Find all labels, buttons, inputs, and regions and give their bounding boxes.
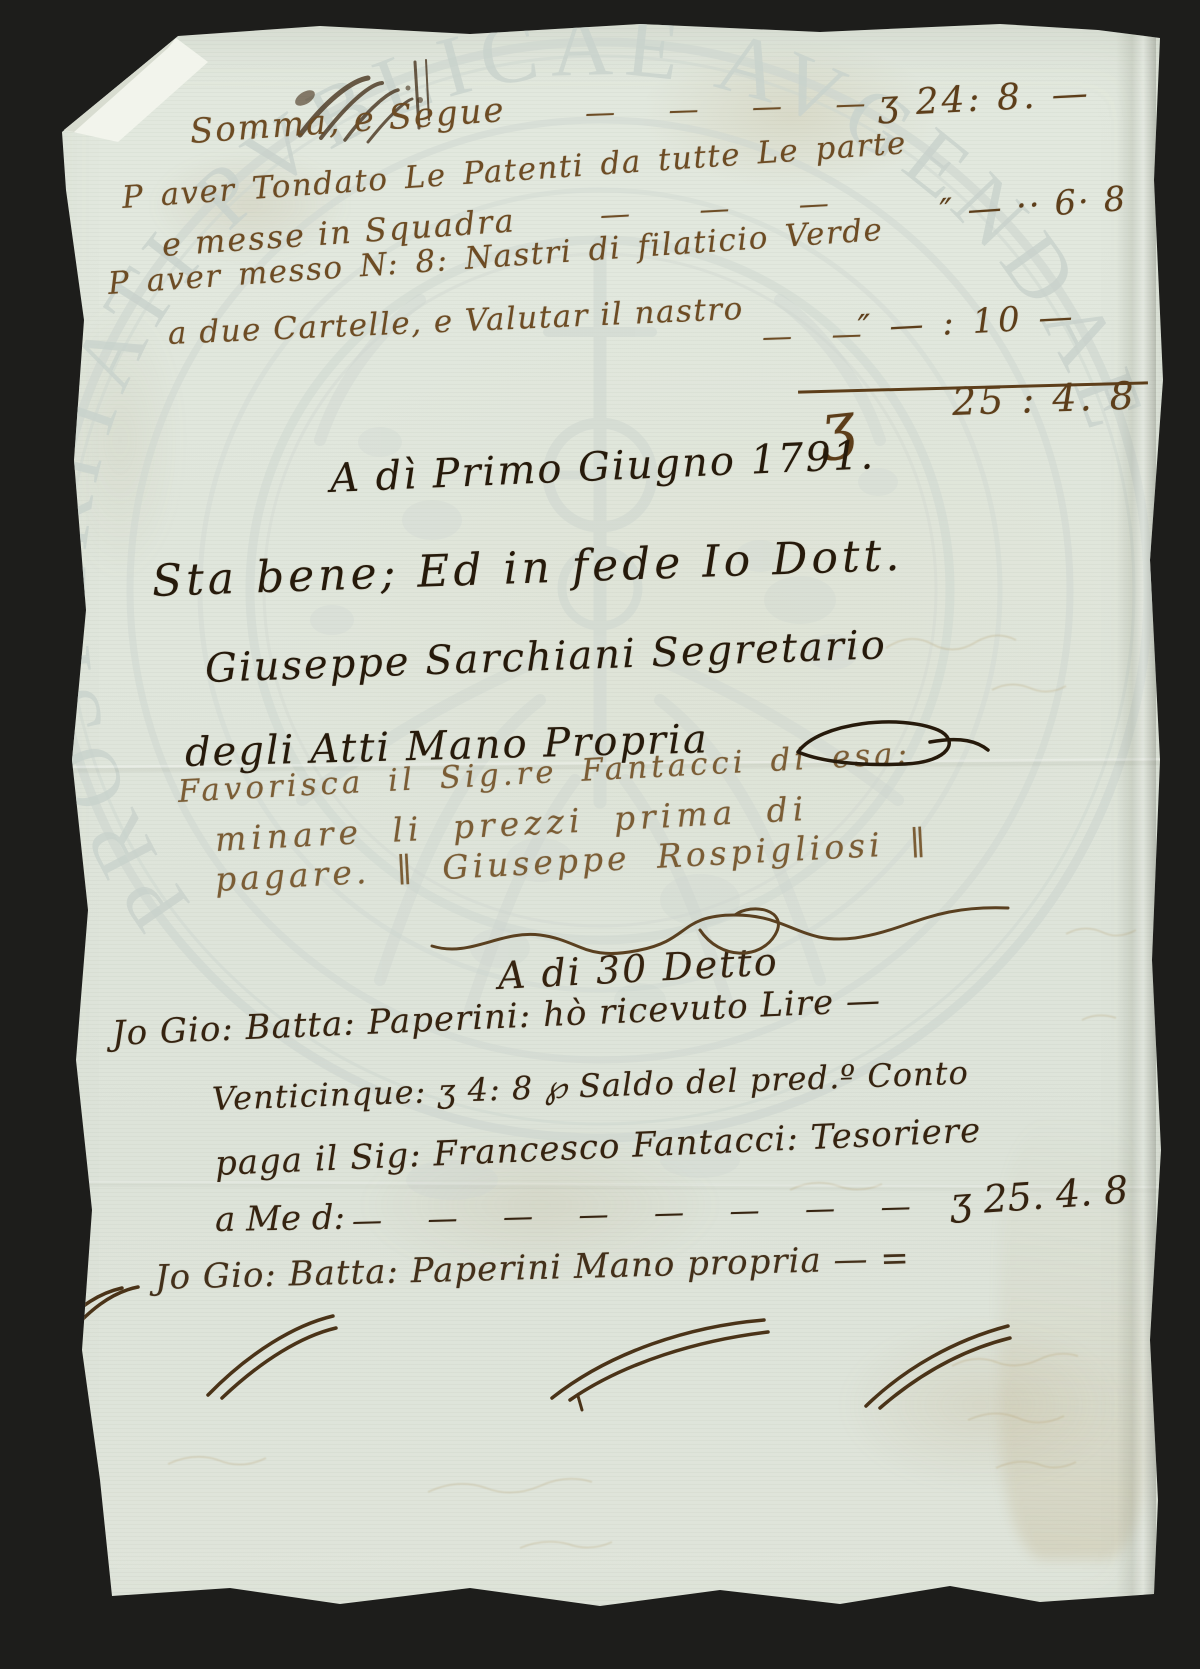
carry-forward-dashes: — — — — [584, 86, 866, 131]
item1-amount: ″ — ·· 6· 8 [939, 179, 1129, 232]
receipt-line2: Venticinque: ʒ 4: 8 ℘ Saldo del pred.º C… [211, 1054, 969, 1118]
attestation-line1: Sta bene; Ed in fede Io Dott. [151, 530, 904, 607]
receipt-line3: paga il Sig: Francesco Fantacci: Tesorie… [214, 1111, 982, 1184]
receipt-paid-amount: ʒ 25. 4. 8 [948, 1168, 1129, 1224]
torn-corner-flap [0, 0, 240, 170]
receipt-paid-dashes: — — — — — — — — [352, 1189, 911, 1239]
right-edge-fold [1116, 0, 1156, 1669]
attestation-line2: Giuseppe Sarchiani Segretario [204, 622, 887, 692]
receipt-line1: Jo Gio: Batta: Paperini: hò ricevuto Lir… [111, 980, 882, 1054]
stray-pen-mark-icon [578, 1396, 582, 1410]
paper-stain [60, 300, 180, 580]
total-amount: 25 : 4. 8 [951, 374, 1137, 424]
paper-stain [840, 1320, 1120, 1490]
signature-swoosh-icon [2, 1287, 1010, 1408]
item2-dashes: — — [761, 317, 862, 355]
item2-line2: a due Cartelle, e Valutar il nastro [167, 291, 744, 352]
attestation-date-line: A dì Primo Giugno 1791. [329, 432, 876, 502]
carry-forward-amount: ʒ 24: 8. — [877, 73, 1092, 125]
scan-background: PROSPERITATI PVBLICAE AVGENDAE [0, 0, 1200, 1669]
receipt-paid-to-label: a Me d: [215, 1198, 346, 1240]
item2-amount: ″ — : 10 — [857, 297, 1077, 348]
receipt-signature: Jo Gio: Batta: Paperini Mano propria — = [154, 1238, 910, 1298]
manuscript-paper: PROSPERITATI PVBLICAE AVGENDAE [0, 0, 1200, 1669]
